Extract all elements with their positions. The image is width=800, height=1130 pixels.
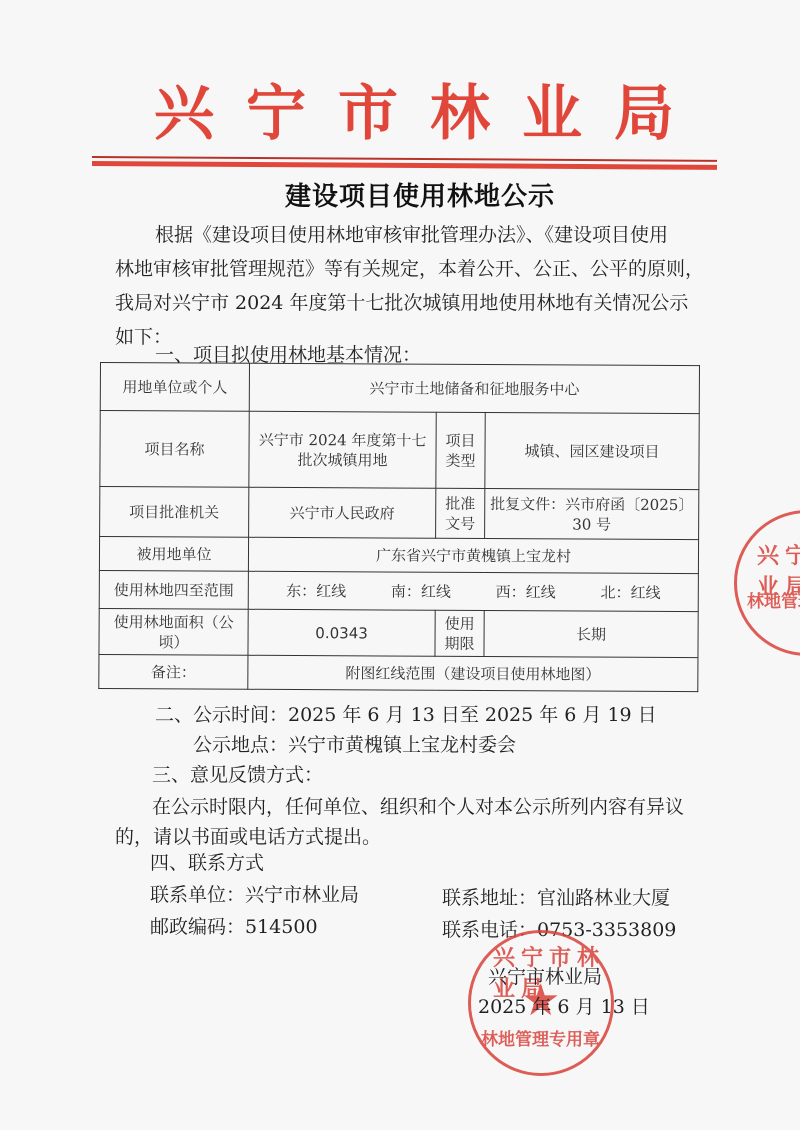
label-project-name: 项目名称 [100,411,249,488]
contact-address: 联系地址：官汕路林业大厦 [442,883,670,913]
document-title: 建设项目使用林地公示 [0,176,800,213]
feedback-line-1: 在公示时限内，任何单位、组织和个人对本公示所列内容有异议 [152,792,684,822]
value-land-user: 兴宁市土地储备和征地服务中心 [249,363,699,413]
table-row: 项目名称 兴宁市 2024 年度第十七批次城镇用地 项目类型 城镇、园区建设项目 [100,411,699,490]
bound-east: 东：红线 [286,580,346,600]
edge-seal-partial: 兴宁市林业局 林地管理专用章 [734,510,800,656]
value-approval-authority: 兴宁市人民政府 [249,487,436,538]
table-row: 被用地单位 广东省兴宁市黄槐镇上宝龙村 [99,537,698,574]
publicity-place: 公示地点：兴宁市黄槐镇上宝龙村委会 [193,730,516,760]
section3-heading: 三、意见反馈方式： [152,760,323,790]
masthead-divider-thick [92,161,717,170]
label-remarks: 备注： [99,654,248,689]
bound-south: 南：红线 [391,581,451,601]
value-remarks: 附图红线范围（建设项目使用林地图） [248,655,698,691]
publicity-time: 二、公示时间：2025 年 6 月 13 日至 2025 年 6 月 19 日 [155,700,657,730]
bound-west: 西：红线 [496,582,556,602]
masthead-org-name: 兴宁市林业局 [0,78,800,150]
table-row: 备注： 附图红线范围（建设项目使用林地图） [99,654,698,691]
value-term: 长期 [484,611,698,658]
project-info-table: 用地单位或个人 兴宁市土地储备和征地服务中心 项目名称 兴宁市 2024 年度第… [98,362,700,692]
label-land-user: 用地单位或个人 [100,363,249,412]
label-project-type: 项目类型 [436,412,485,488]
label-approval-authority: 项目批准机关 [100,487,249,538]
value-approval-number: 批复文件：兴市府函〔2025〕30 号 [485,489,699,540]
signature-date: 2025 年 6 月 13 日 [478,992,650,1022]
table-row: 使用林地四至范围 东：红线 南：红线 西：红线 北：红线 [99,570,698,611]
label-term: 使用期限 [435,610,484,656]
label-boundaries: 使用林地四至范围 [99,570,248,609]
intro-line-3: 我局对兴宁市 2024 年度第十七批次城镇用地使用林地有关情况公示 [115,288,688,318]
intro-line-1: 根据《建设项目使用林地审核审批管理办法》、《建设项目使用 [155,220,668,250]
section4-heading: 四、联系方式 [150,848,264,878]
table-row: 项目批准机关 兴宁市人民政府 批准文号 批复文件：兴市府函〔2025〕30 号 [100,487,699,540]
value-area: 0.0343 [248,609,435,656]
postcode: 邮政编码：514500 [150,912,318,942]
contact-unit: 联系单位：兴宁市林业局 [150,880,359,910]
value-project-name: 兴宁市 2024 年度第十七批次城镇用地 [249,411,436,488]
intro-line-2: 林地审核审批管理规范》等有关规定，本着公开、公正、公平的原则， [115,254,704,284]
label-land-owner: 被用地单位 [99,537,248,572]
value-land-owner: 广东省兴宁市黄槐镇上宝龙村 [248,537,698,573]
bound-north: 北：红线 [600,582,660,602]
value-project-type: 城镇、园区建设项目 [485,413,699,490]
table-row: 使用林地面积（公顷） 0.0343 使用期限 长期 [99,608,698,657]
label-area: 使用林地面积（公顷） [99,608,248,655]
seal-bottom-text: 林地管理专用章 [481,1025,600,1050]
label-approval-number: 批准文号 [436,488,485,538]
table-row: 用地单位或个人 兴宁市土地储备和征地服务中心 [100,363,699,414]
document-page: 兴宁市林业局 建设项目使用林地公示 根据《建设项目使用林地审核审批管理办法》、《… [0,0,800,1130]
edge-seal-bottom-text: 林地管理专用章 [747,587,800,612]
value-boundaries: 东：红线 南：红线 西：红线 北：红线 [248,571,698,611]
signature-org: 兴宁市林业局 [488,962,602,992]
